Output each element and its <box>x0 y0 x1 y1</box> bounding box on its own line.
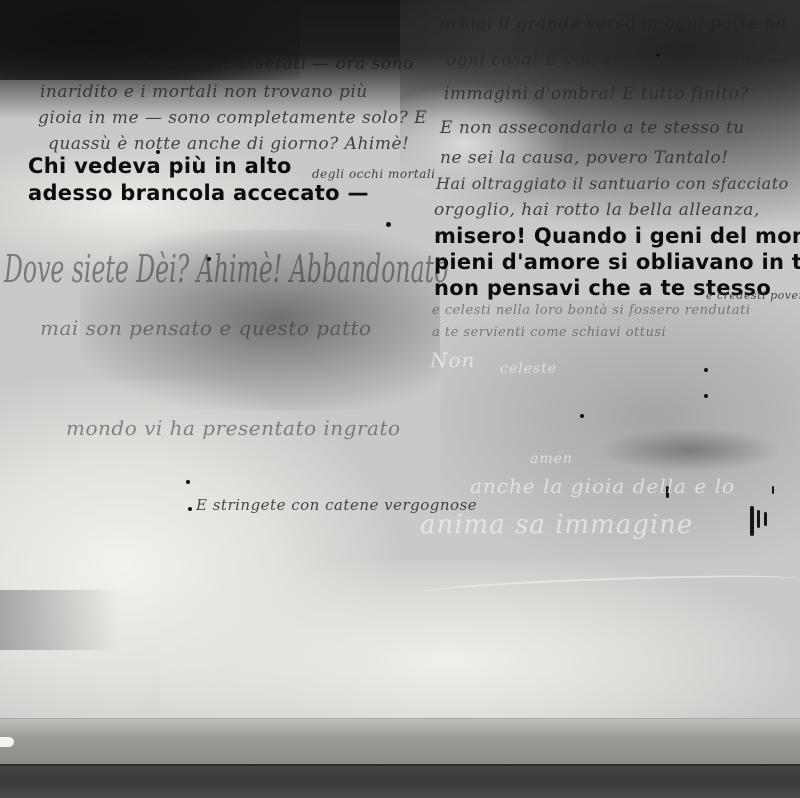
pencil-text-line: ne sei la causa, povero Tantalo! <box>440 150 728 167</box>
ink-speck <box>704 394 708 398</box>
ink-speck <box>188 507 192 511</box>
light-patch-bottom <box>160 560 800 730</box>
floor <box>0 766 800 798</box>
ink-drip <box>757 510 760 528</box>
pencil-text-line: mondo vi ha presentato ingrato <box>66 418 401 438</box>
marker-text-line: misero! Quando i geni del mondo <box>434 226 800 247</box>
ink-drip <box>772 486 774 494</box>
pencil-text-line: ogni cosa! E voi, altre forze eterne — <box>446 52 786 69</box>
ink-drip <box>750 506 754 536</box>
floor-edge-line <box>0 764 800 766</box>
chalk-stroke <box>420 571 800 600</box>
ink-speck <box>704 368 708 372</box>
grey-band-left <box>0 590 120 650</box>
ink-drip <box>764 512 767 526</box>
pencil-text-line: e credesti poveri <box>706 290 800 301</box>
pencil-text-line: e celesti nella loro bontà si fossero re… <box>432 304 751 317</box>
chalk-text-line: anima sa immagine <box>420 512 693 538</box>
pencil-text-line: inaridito e i mortali non trovano più <box>40 84 368 101</box>
pencil-text-line: orgoglio, hai rotto la bella alleanza, <box>434 202 760 219</box>
chalk-text-line: Non <box>430 350 475 370</box>
floor-ledge <box>0 718 800 765</box>
wall-photograph: vedevano gli assetati — ora sono inaridi… <box>0 0 800 798</box>
pencil-text-line: immagini d'ombra! E tutto finito? <box>444 86 749 103</box>
pencil-text-line: degli occhi mortali <box>312 168 436 180</box>
marker-text-line: Chi vedeva più in alto <box>28 156 292 177</box>
dark-smudge <box>600 420 780 480</box>
chalk-text-line: amen <box>530 452 573 466</box>
ink-speck <box>580 414 584 418</box>
pencil-text-line: Dove siete Dèi? Ahimè! Abbandonato <box>4 250 448 288</box>
ink-speck <box>386 222 391 227</box>
pencil-text-line: mai son pensato e questo patto <box>40 318 372 338</box>
marker-text-line: adesso brancola accecato — <box>28 183 369 204</box>
ink-speck <box>186 480 190 484</box>
white-fragment <box>0 737 14 747</box>
marker-text-line: pieni d'amore si obliavano in te, <box>434 252 800 273</box>
chalk-text-line: celeste <box>500 362 557 376</box>
pencil-text-line: gioia in me — sono completamente solo? E <box>38 110 427 127</box>
chalk-text-line: anche la gioia della e lo <box>470 476 735 496</box>
pencil-text-line: a te servienti come schiavi ottusi <box>432 326 666 339</box>
pencil-text-line: ormai il grande verso in ogni parte ha <box>440 16 787 33</box>
pencil-text-line: E non assecondarlo a te stesso tu <box>440 120 745 137</box>
pencil-text-line: vedevano gli assetati — ora sono <box>115 56 414 73</box>
pencil-text-line: Hai oltraggiato il santuario con sfaccia… <box>436 176 789 192</box>
pencil-text-line: quassù è notte anche di giorno? Ahimè! <box>48 136 409 153</box>
